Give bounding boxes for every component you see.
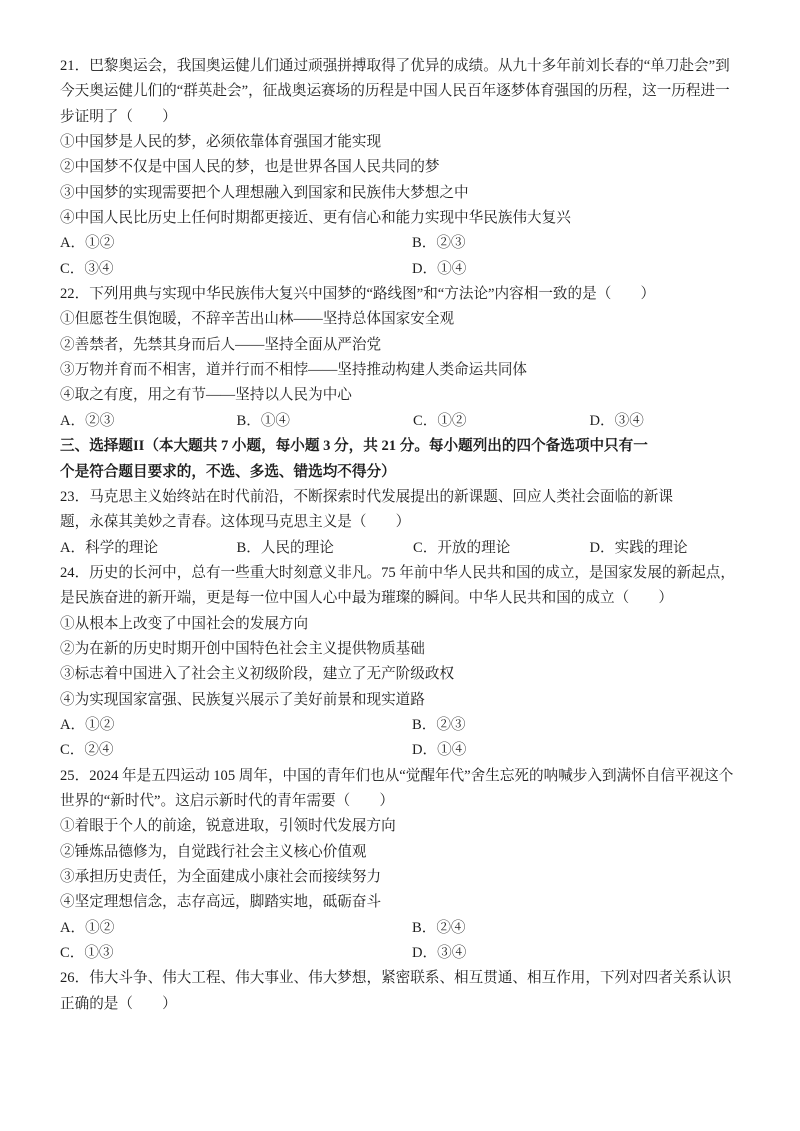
question-21-stem-line-1: 21．巴黎奥运会，我国奥运健儿们通过顽强拼搏取得了优异的成绩。从九十多年前刘长春… bbox=[60, 54, 758, 79]
question-21-statement-2: ②中国梦不仅是中国人民的梦，也是世界各国人民共同的梦 bbox=[60, 155, 758, 180]
question-26-stem-line-1: 26．伟大斗争、伟大工程、伟大事业、伟大梦想，紧密联系、相互贯通、相互作用，下列… bbox=[60, 966, 758, 991]
question-25: 25．2024 年是五四运动 105 周年，中国的青年们也从“觉醒年代”舍生忘死… bbox=[60, 764, 758, 967]
question-25-stem-line-2: 世界的“新时代”。这启示新时代的青年需要（ ） bbox=[60, 789, 758, 814]
question-24-stem-line-1: 24．历史的长河中，总有一些重大时刻意义非凡。75 年前中华人民共和国的成立，是… bbox=[60, 561, 758, 586]
question-21-option-a: A．①② bbox=[60, 231, 412, 256]
question-24-statement-4: ④为实现国家富强、民族复兴展示了美好前景和现实道路 bbox=[60, 688, 758, 713]
question-21: 21．巴黎奥运会，我国奥运健儿们通过顽强拼搏取得了优异的成绩。从九十多年前刘长春… bbox=[60, 54, 758, 282]
question-22-statement-2: ②善禁者，先禁其身而后人——坚持全面从严治党 bbox=[60, 333, 758, 358]
question-23-stem-line-2: 题，永葆其美妙之青春。这体现马克思主义是（ ） bbox=[60, 510, 758, 535]
question-25-statement-4: ④坚定理想信念，志存高远，脚踏实地，砥砺奋斗 bbox=[60, 890, 758, 915]
question-22-statement-1: ①但愿苍生俱饱暖，不辞辛苦出山林——坚持总体国家安全观 bbox=[60, 307, 758, 332]
question-21-statement-3: ③中国梦的实现需要把个人理想融入到国家和民族伟大梦想之中 bbox=[60, 181, 758, 206]
question-21-stem-line-2: 今天奥运健儿们的“群英赴会”，征战奥运赛场的历程是中国人民百年逐梦体育强国的历程… bbox=[60, 79, 758, 104]
question-24-option-d: D．①④ bbox=[412, 738, 764, 763]
question-22-statement-4: ④取之有度，用之有节——坚持以人民为中心 bbox=[60, 383, 758, 408]
question-21-option-d: D．①④ bbox=[412, 257, 764, 282]
question-21-option-b: B．②③ bbox=[412, 231, 764, 256]
question-26-stem-line-2: 正确的是（ ） bbox=[60, 992, 758, 1017]
question-22-statement-3: ③万物并育而不相害，道并行而不相悖——坚持推动构建人类命运共同体 bbox=[60, 358, 758, 383]
question-24-statement-1: ①从根本上改变了中国社会的发展方向 bbox=[60, 612, 758, 637]
question-25-options-row-2: C．①③ D．③④ bbox=[60, 941, 758, 966]
questions-area: 21．巴黎奥运会，我国奥运健儿们通过顽强拼搏取得了优异的成绩。从九十多年前刘长春… bbox=[0, 0, 800, 1017]
question-25-statement-3: ③承担历史责任，为全面建成小康社会而接续努力 bbox=[60, 865, 758, 890]
exam-document-page: 21．巴黎奥运会，我国奥运健儿们通过顽强拼搏取得了优异的成绩。从九十多年前刘长春… bbox=[0, 0, 800, 1131]
question-23: 23．马克思主义始终站在时代前沿，不断探索时代发展提出的新课题、回应人类社会面临… bbox=[60, 485, 758, 561]
section-3-header-line-1: 三、选择题II（本大题共 7 小题，每小题 3 分，共 21 分。每小题列出的四… bbox=[60, 434, 758, 459]
question-21-options-row-1: A．①② B．②③ bbox=[60, 231, 758, 256]
question-21-option-c: C．③④ bbox=[60, 257, 412, 282]
question-24: 24．历史的长河中，总有一些重大时刻意义非凡。75 年前中华人民共和国的成立，是… bbox=[60, 561, 758, 764]
question-22-stem-line-1: 22．下列用典与实现中华民族伟大复兴中国梦的“路线图”和“方法论”内容相一致的是… bbox=[60, 282, 758, 307]
question-25-option-b: B．②④ bbox=[412, 916, 764, 941]
question-23-option-c: C．开放的理论 bbox=[413, 536, 590, 561]
question-23-option-b: B．人民的理论 bbox=[237, 536, 414, 561]
question-24-statement-2: ②为在新的历史时期开创中国特色社会主义提供物质基础 bbox=[60, 637, 758, 662]
question-24-statement-3: ③标志着中国进入了社会主义初级阶段，建立了无产阶级政权 bbox=[60, 662, 758, 687]
question-25-option-d: D．③④ bbox=[412, 941, 764, 966]
question-21-statement-4: ④中国人民比历史上任何时期都更接近、更有信心和能力实现中华民族伟大复兴 bbox=[60, 206, 758, 231]
question-22-options-row: A．②③ B．①④ C．①② D．③④ bbox=[60, 409, 758, 434]
question-22: 22．下列用典与实现中华民族伟大复兴中国梦的“路线图”和“方法论”内容相一致的是… bbox=[60, 282, 758, 434]
question-25-option-c: C．①③ bbox=[60, 941, 412, 966]
question-22-option-b: B．①④ bbox=[237, 409, 414, 434]
question-23-option-d: D．实践的理论 bbox=[590, 536, 767, 561]
section-3-header: 三、选择题II（本大题共 7 小题，每小题 3 分，共 21 分。每小题列出的四… bbox=[60, 434, 758, 485]
question-23-option-a: A．科学的理论 bbox=[60, 536, 237, 561]
question-25-statement-2: ②锤炼品德修为，自觉践行社会主义核心价值观 bbox=[60, 840, 758, 865]
question-25-statement-1: ①着眼于个人的前途，锐意进取，引领时代发展方向 bbox=[60, 814, 758, 839]
question-24-options-row-1: A．①② B．②③ bbox=[60, 713, 758, 738]
question-22-option-d: D．③④ bbox=[590, 409, 767, 434]
question-24-stem-line-2: 是民族奋进的新开端，更是每一位中国人心中最为璀璨的瞬间。中华人民共和国的成立（ … bbox=[60, 586, 758, 611]
question-26: 26．伟大斗争、伟大工程、伟大事业、伟大梦想，紧密联系、相互贯通、相互作用，下列… bbox=[60, 966, 758, 1017]
question-21-options-row-2: C．③④ D．①④ bbox=[60, 257, 758, 282]
question-25-options-row-1: A．①② B．②④ bbox=[60, 916, 758, 941]
question-23-options-row: A．科学的理论 B．人民的理论 C．开放的理论 D．实践的理论 bbox=[60, 536, 758, 561]
question-21-stem-line-3: 步证明了（ ） bbox=[60, 105, 758, 130]
question-23-stem-line-1: 23．马克思主义始终站在时代前沿，不断探索时代发展提出的新课题、回应人类社会面临… bbox=[60, 485, 758, 510]
question-24-option-b: B．②③ bbox=[412, 713, 764, 738]
question-24-option-a: A．①② bbox=[60, 713, 412, 738]
question-22-option-a: A．②③ bbox=[60, 409, 237, 434]
section-3-header-line-2: 个是符合题目要求的，不选、多选、错选均不得分） bbox=[60, 460, 758, 485]
question-24-option-c: C．②④ bbox=[60, 738, 412, 763]
question-21-statement-1: ①中国梦是人民的梦，必须依靠体育强国才能实现 bbox=[60, 130, 758, 155]
question-24-options-row-2: C．②④ D．①④ bbox=[60, 738, 758, 763]
question-25-option-a: A．①② bbox=[60, 916, 412, 941]
question-25-stem-line-1: 25．2024 年是五四运动 105 周年，中国的青年们也从“觉醒年代”舍生忘死… bbox=[60, 764, 758, 789]
question-22-option-c: C．①② bbox=[413, 409, 590, 434]
